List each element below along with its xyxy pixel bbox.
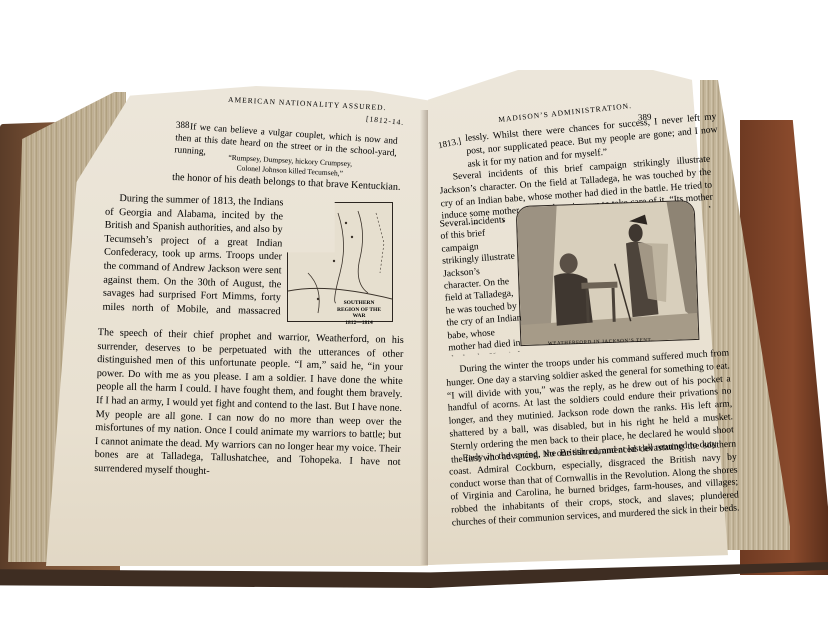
open-book-photo: 388 AMERICAN NATIONALITY ASSURED. [1812-…	[0, 0, 828, 621]
right-wrapped-text-beside-illustration: Several incidents of this brief campaign…	[439, 214, 524, 357]
right-paragraph-british-coast: Early in the spring, the British commenc…	[448, 439, 740, 531]
map-caption-line-2: REGION OF THE WAR	[330, 307, 388, 320]
map-caption-line-3: 1812—1814	[330, 320, 388, 327]
left-paragraph-weatherford-speech: The speech of their chief prophet and wa…	[94, 326, 404, 483]
map-caption: SOUTHERN REGION OF THE WAR 1812—1814	[330, 300, 388, 326]
left-paragraph-summer-1813: During the summer of 1813, the Indians o…	[102, 192, 283, 317]
illustration-weatherford-in-jacksons-tent	[516, 200, 700, 346]
engraving-drawing	[517, 201, 699, 345]
